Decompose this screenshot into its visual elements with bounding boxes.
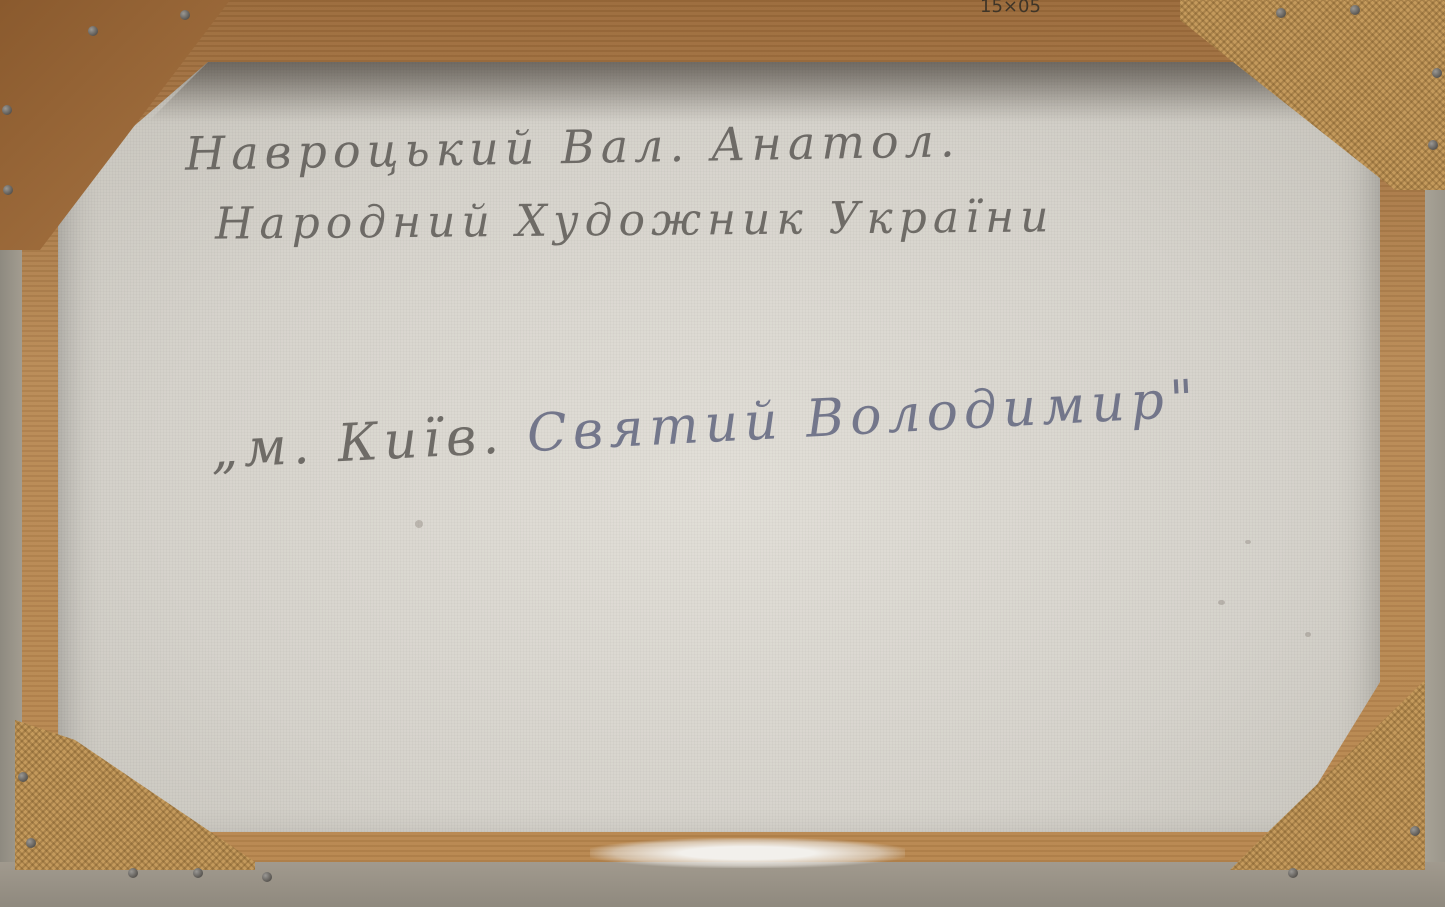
nail	[26, 838, 36, 848]
nail	[1288, 868, 1298, 878]
nail	[88, 26, 98, 36]
nail	[128, 868, 138, 878]
nail	[262, 872, 272, 882]
size-marking: 15×05	[980, 0, 1041, 17]
stain	[415, 520, 423, 528]
nail	[1276, 8, 1286, 18]
nail	[1432, 68, 1442, 78]
stain	[1245, 540, 1251, 544]
nail	[1428, 140, 1438, 150]
nail	[1350, 5, 1360, 15]
nail	[180, 10, 190, 20]
nail	[193, 868, 203, 878]
white-paint-smear	[590, 838, 905, 868]
canvas-shadow	[58, 62, 1380, 122]
nail	[18, 772, 28, 782]
nail	[2, 105, 12, 115]
artist-title-inscription: Народний Художник України	[215, 191, 1055, 249]
stain	[1218, 600, 1225, 605]
right-edge	[1425, 180, 1445, 907]
nail	[1410, 826, 1420, 836]
nail	[3, 185, 13, 195]
stain	[1305, 632, 1311, 637]
